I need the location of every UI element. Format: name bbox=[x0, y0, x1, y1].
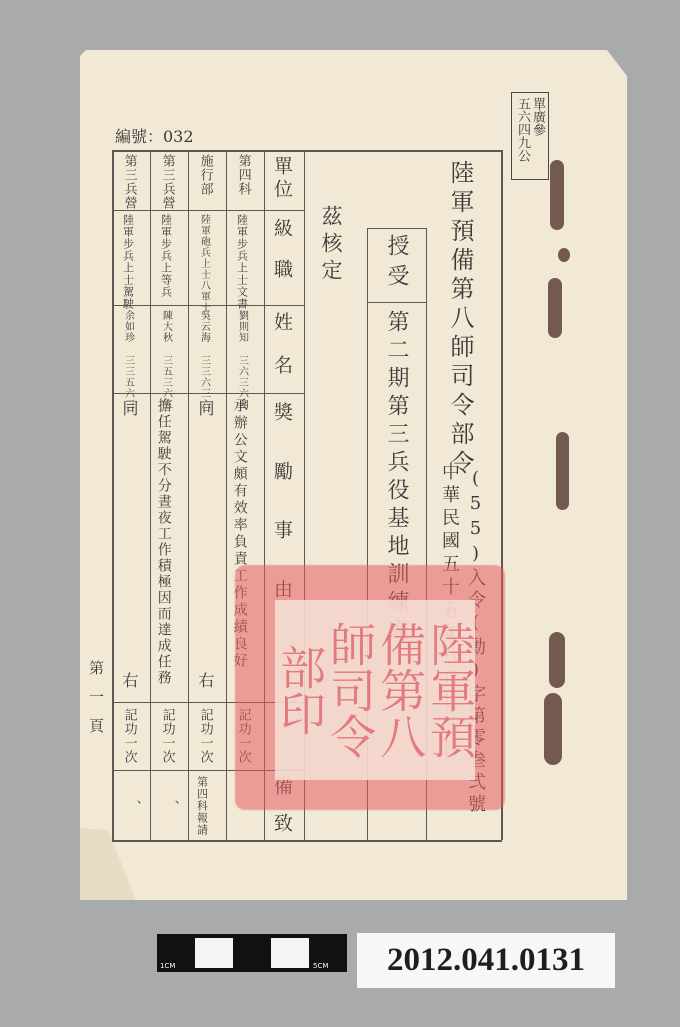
frame-top bbox=[112, 150, 502, 152]
row-3-right-marker: 右 bbox=[121, 672, 137, 692]
header-rank: 級職 bbox=[272, 218, 291, 300]
row-3-name: 余如珍 三三五六三 bbox=[122, 310, 133, 410]
recipient-box-top bbox=[367, 228, 427, 229]
row-1-unit: 施行部 bbox=[198, 154, 212, 196]
binding-stain bbox=[556, 432, 569, 510]
row-1-rank: 陸軍砲兵上士八軍士 bbox=[198, 214, 209, 313]
row-3-remarks: 、 bbox=[126, 800, 140, 814]
catalog-number: 2012.041.0131 bbox=[357, 933, 615, 988]
header-name: 姓名 bbox=[272, 312, 291, 398]
row-0-name: 劉則知 三六三六四 bbox=[236, 310, 247, 410]
seal-glyph-col-1: 陸軍預 bbox=[426, 621, 474, 759]
binding-stain bbox=[544, 693, 562, 765]
col-line bbox=[188, 150, 189, 840]
row-2-name: 陳大秋 三五三六五 bbox=[160, 310, 171, 410]
row-2-unit: 第三兵營 bbox=[160, 154, 174, 210]
seal-glyph-col-3: 師司令 bbox=[326, 621, 374, 759]
row-3-reward: 記功一次 bbox=[122, 708, 136, 764]
issuer-line: 陸軍預備第八師司令部令 bbox=[448, 160, 472, 479]
row-2-reward: 記功一次 bbox=[160, 708, 174, 764]
row-3-unit: 第三兵營 bbox=[122, 154, 136, 210]
row-2-reason: 擔任駕駛不分晝夜工作積極因而達成任務 bbox=[156, 398, 171, 686]
seal-glyph-col-4: 部印 bbox=[276, 644, 324, 736]
col-line bbox=[150, 150, 151, 840]
row-2-remarks: 、 bbox=[164, 800, 178, 814]
header-unit: 單位 bbox=[272, 156, 291, 202]
col-line bbox=[226, 150, 227, 840]
row-line bbox=[112, 210, 304, 211]
file-tag-line-2: 五六四九公 bbox=[516, 97, 529, 179]
page-marker: 第一頁 bbox=[88, 660, 103, 747]
file-tag-line-1: 單廣參 bbox=[531, 97, 544, 179]
binding-stain bbox=[548, 278, 562, 338]
row-3-reason: 同 bbox=[121, 400, 137, 420]
scale-start-label: 1CM bbox=[160, 962, 175, 970]
binding-stain bbox=[550, 160, 564, 230]
row-0-rank: 陸軍步兵上士文書 bbox=[236, 214, 248, 310]
row-0-unit: 第四科 bbox=[236, 154, 250, 196]
recipient-header: 授受 bbox=[385, 234, 407, 294]
row-1-right-marker: 右 bbox=[197, 672, 213, 692]
seal-glyph-col-2: 備第八 bbox=[376, 621, 424, 759]
frame-left bbox=[112, 150, 114, 840]
approval-note: 茲核定 bbox=[320, 205, 341, 286]
recipient-box-mid bbox=[367, 302, 427, 303]
row-2-rank: 陸軍步兵上等兵 bbox=[160, 214, 172, 298]
binding-stain bbox=[558, 248, 570, 262]
row-1-reward: 記功一次 bbox=[198, 708, 212, 764]
row-1-name: 吳云海 三三六三六 bbox=[198, 310, 209, 410]
row-1-remarks: 第四科報請 bbox=[196, 776, 208, 836]
seal-glyphs: 陸軍預 備第八 師司令 部印 bbox=[275, 600, 475, 780]
row-1-reason: 同 bbox=[197, 400, 213, 420]
frame-bottom bbox=[112, 840, 502, 842]
serial-label: 編號：032 bbox=[115, 124, 194, 147]
row-3-rank: 陸軍步兵上士駕駛 bbox=[122, 214, 134, 310]
file-tag-box: 單廣參 五六四九公 bbox=[511, 92, 549, 180]
binding-stain bbox=[549, 632, 565, 688]
scale-end-label: 5CM bbox=[313, 962, 328, 970]
